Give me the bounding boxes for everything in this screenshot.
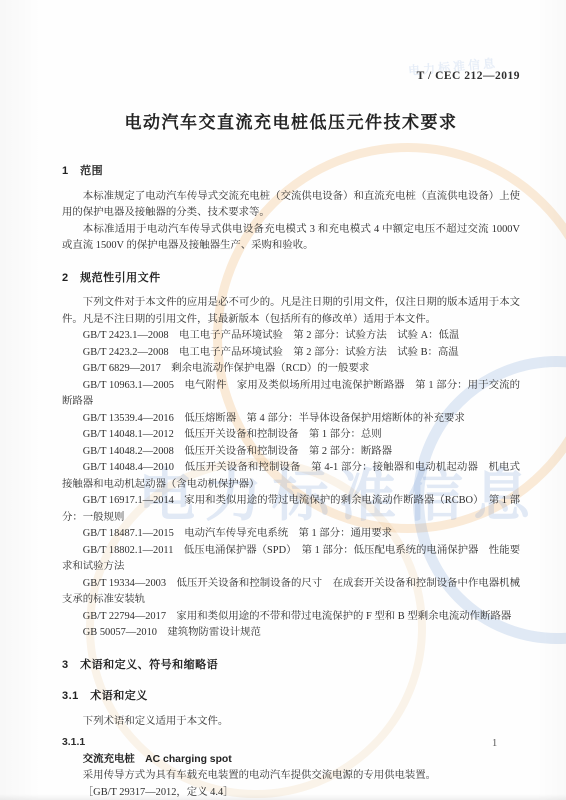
reference-item: GB/T 22794—2017 家用和类似用途的不带和带过电流保护的 F 型和 … (62, 609, 520, 626)
reference-item: GB/T 18802.1—2011 低压电涌保护器（SPD） 第 1 部分：低压… (62, 543, 520, 576)
document-page: 电力标准信息 电力标准信息 T / CEC 212—2019 电动汽车交直流充电… (0, 0, 566, 800)
reference-item: GB/T 13539.4—2016 低压熔断器 第 4 部分：半导体设备保护用熔… (62, 411, 520, 428)
section-references-heading: 2 规范性引用文件 (62, 270, 520, 287)
term-name: 交流充电桩 AC charging spot (62, 752, 520, 769)
page-content: T / CEC 212—2019 电动汽车交直流充电桩低压元件技术要求 1 范围… (62, 0, 520, 800)
reference-item: GB/T 16917.1—2014 家用和类似用途的带过电流保护的剩余电流动作断… (62, 493, 520, 526)
section-terms-sub-heading: 3.1 术语和定义 (62, 688, 520, 705)
document-body: 1 范围 本标准规定了电动汽车传导式交流充电桩（交流供电设备）和直流充电桩（直流… (62, 163, 520, 800)
term-source: ［GB/T 29317—2012，定义 4.4］ (62, 785, 520, 800)
scan-edge-right (526, 0, 566, 800)
doc-number: T / CEC 212—2019 (62, 0, 520, 82)
terms-intro: 下列术语和定义适用于本文件。 (62, 714, 520, 731)
reference-item: GB/T 14048.1—2012 低压开关设备和控制设备 第 1 部分：总则 (62, 427, 520, 444)
page-number: 1 (492, 738, 497, 749)
reference-item: GB/T 2423.1—2008 电工电子产品环境试验 第 2 部分：试验方法 … (62, 328, 520, 345)
scope-paragraph: 本标准规定了电动汽车传导式交流充电桩（交流供电设备）和直流充电桩（直流供电设备）… (62, 189, 520, 222)
reference-item: GB/T 19334—2003 低压开关设备和控制设备的尺寸 在成套开关设备和控… (62, 576, 520, 609)
clause-number: 3.1.1 (62, 735, 520, 752)
page-title: 电动汽车交直流充电桩低压元件技术要求 (62, 108, 520, 133)
reference-item: GB/T 2423.2—2008 电工电子产品环境试验 第 2 部分：试验方法 … (62, 345, 520, 362)
scope-paragraph: 本标准适用于电动汽车传导式供电设备充电模式 3 和充电模式 4 中额定电压不超过… (62, 222, 520, 255)
reference-item: GB/T 14048.2—2008 低压开关设备和控制设备 第 2 部分：断路器 (62, 444, 520, 461)
references-intro: 下列文件对于本文件的应用是必不可少的。凡是注日期的引用文件，仅注日期的版本适用于… (62, 295, 520, 328)
reference-item: GB 50057—2010 建筑物防雷设计规范 (62, 625, 520, 642)
section-scope-heading: 1 范围 (62, 163, 520, 180)
reference-item: GB/T 14048.4—2010 低压开关设备和控制设备 第 4-1 部分：接… (62, 460, 520, 493)
section-terms-heading: 3 术语和定义、符号和缩略语 (62, 657, 520, 674)
reference-item: GB/T 18487.1—2015 电动汽车传导充电系统 第 1 部分：通用要求 (62, 526, 520, 543)
references-list: GB/T 2423.1—2008 电工电子产品环境试验 第 2 部分：试验方法 … (62, 328, 520, 642)
reference-item: GB/T 6829—2017 剩余电流动作保护电器（RCD）的一般要求 (62, 361, 520, 378)
scan-edge-left (0, 0, 55, 800)
term-definition: 采用传导方式为具有车载充电装置的电动汽车提供交流电源的专用供电装置。 (62, 768, 520, 785)
reference-item: GB/T 10963.1—2005 电气附件 家用及类似场所用过电流保护断路器 … (62, 378, 520, 411)
